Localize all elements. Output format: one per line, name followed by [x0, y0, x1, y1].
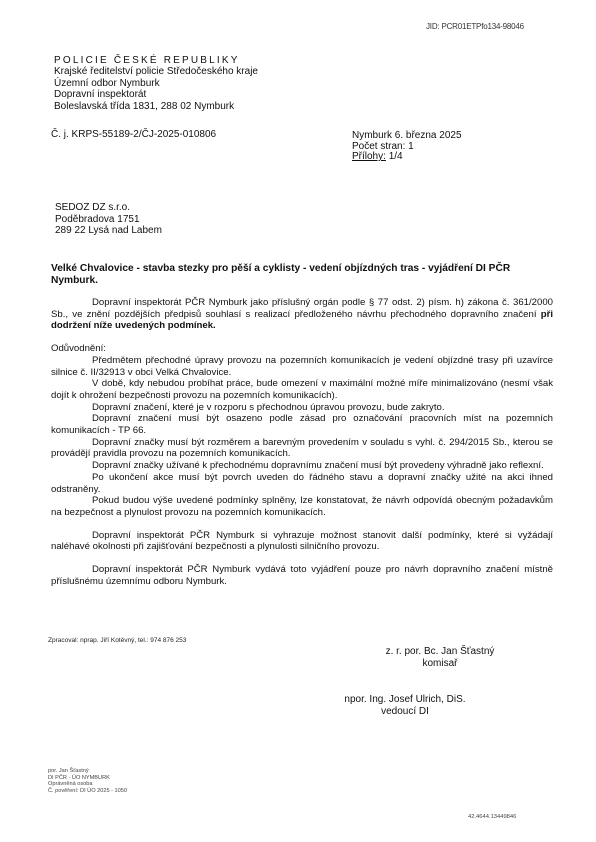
document-date: Nymburk 6. března 2025: [352, 131, 462, 142]
recipient-line: Poděbradova 1751: [55, 214, 162, 226]
reasoning-paragraph: Předmětem přechodné úpravy provozu na po…: [51, 355, 553, 378]
stamp-line: Č. pověření: DI ÚO 2025 - 1050: [48, 788, 127, 795]
meta-block: Nymburk 6. března 2025 Počet stran: 1 Př…: [352, 131, 462, 163]
sender-block: POLICIE ČESKÉ REPUBLIKY Krajské ředitels…: [54, 55, 258, 112]
signature-role: vedoucí DI: [310, 706, 500, 718]
recipient-line: 289 22 Lysá nad Labem: [55, 225, 162, 237]
reasoning-paragraph: Dopravní značky užívané k přechodnému do…: [51, 460, 553, 472]
reasoning-paragraph: V době, kdy nebudou probíhat práce, bude…: [51, 378, 553, 401]
reasoning-paragraph: Pokud budou výše uvedené podmínky splněn…: [51, 495, 553, 518]
signature-role: komisař: [355, 658, 525, 670]
sender-line: Boleslavská třída 1831, 288 02 Nymburk: [54, 101, 258, 112]
reasoning-paragraph: Dopravní značení musí být osazeno podle …: [51, 413, 553, 436]
reserve-paragraph: Dopravní inspektorát PČR Nymburk si vyhr…: [51, 530, 553, 553]
attachments-value: 1/4: [389, 151, 403, 162]
reasoning-paragraph: Dopravní značky musí být rozměrem a bare…: [51, 437, 553, 460]
intro-paragraph: Dopravní inspektorát PČR Nymburk jako př…: [51, 297, 553, 332]
letter-body: Dopravní inspektorát PČR Nymburk jako př…: [51, 297, 553, 587]
document-jid: JID: PCR01ETPfo134-98046: [426, 22, 524, 31]
attachments-label: Přílohy:: [352, 151, 386, 162]
signature-name: npor. Ing. Josef Ulrich, DiS.: [310, 694, 500, 706]
reasoning-paragraph: Po ukončení akce musí být povrch uveden …: [51, 472, 553, 495]
sender-line: Územní odbor Nymburk: [54, 78, 258, 89]
processor-note: Zpracoval: nprap. Jiří Kotěvný, tel.: 97…: [48, 637, 186, 644]
reasoning-label: Odůvodnění:: [51, 343, 553, 355]
recipient-block: SEDOZ DZ s.r.o. Poděbradova 1751 289 22 …: [55, 202, 162, 237]
signature-name: z. r. por. Bc. Jan Šťastný: [355, 646, 525, 658]
recipient-line: SEDOZ DZ s.r.o.: [55, 202, 162, 214]
attachments: Přílohy: 1/4: [352, 152, 462, 163]
signature-head: npor. Ing. Josef Ulrich, DiS. vedoucí DI: [310, 694, 500, 717]
reference-number: Č. j. KRPS-55189-2/ČJ-2025-010806: [51, 129, 216, 140]
sender-line: Krajské ředitelství policie Středočeskéh…: [54, 66, 258, 77]
footer-code: 42.4644.13449846: [468, 814, 516, 820]
sender-line: Dopravní inspektorát: [54, 89, 258, 100]
signature-deputy: z. r. por. Bc. Jan Šťastný komisař: [355, 646, 525, 669]
stamp-footer: por. Jan Šťastný DI PČR - ÚO NYMBURK Opr…: [48, 768, 127, 794]
intro-text: Dopravní inspektorát PČR Nymburk jako př…: [51, 297, 553, 320]
reasoning-paragraph: Dopravní značení, které je v rozporu s p…: [51, 402, 553, 414]
org-title: POLICIE ČESKÉ REPUBLIKY: [54, 55, 258, 66]
subject-heading: Velké Chvalovice - stavba stezky pro pěš…: [51, 263, 551, 286]
closing-paragraph: Dopravní inspektorát PČR Nymburk vydává …: [51, 564, 553, 587]
